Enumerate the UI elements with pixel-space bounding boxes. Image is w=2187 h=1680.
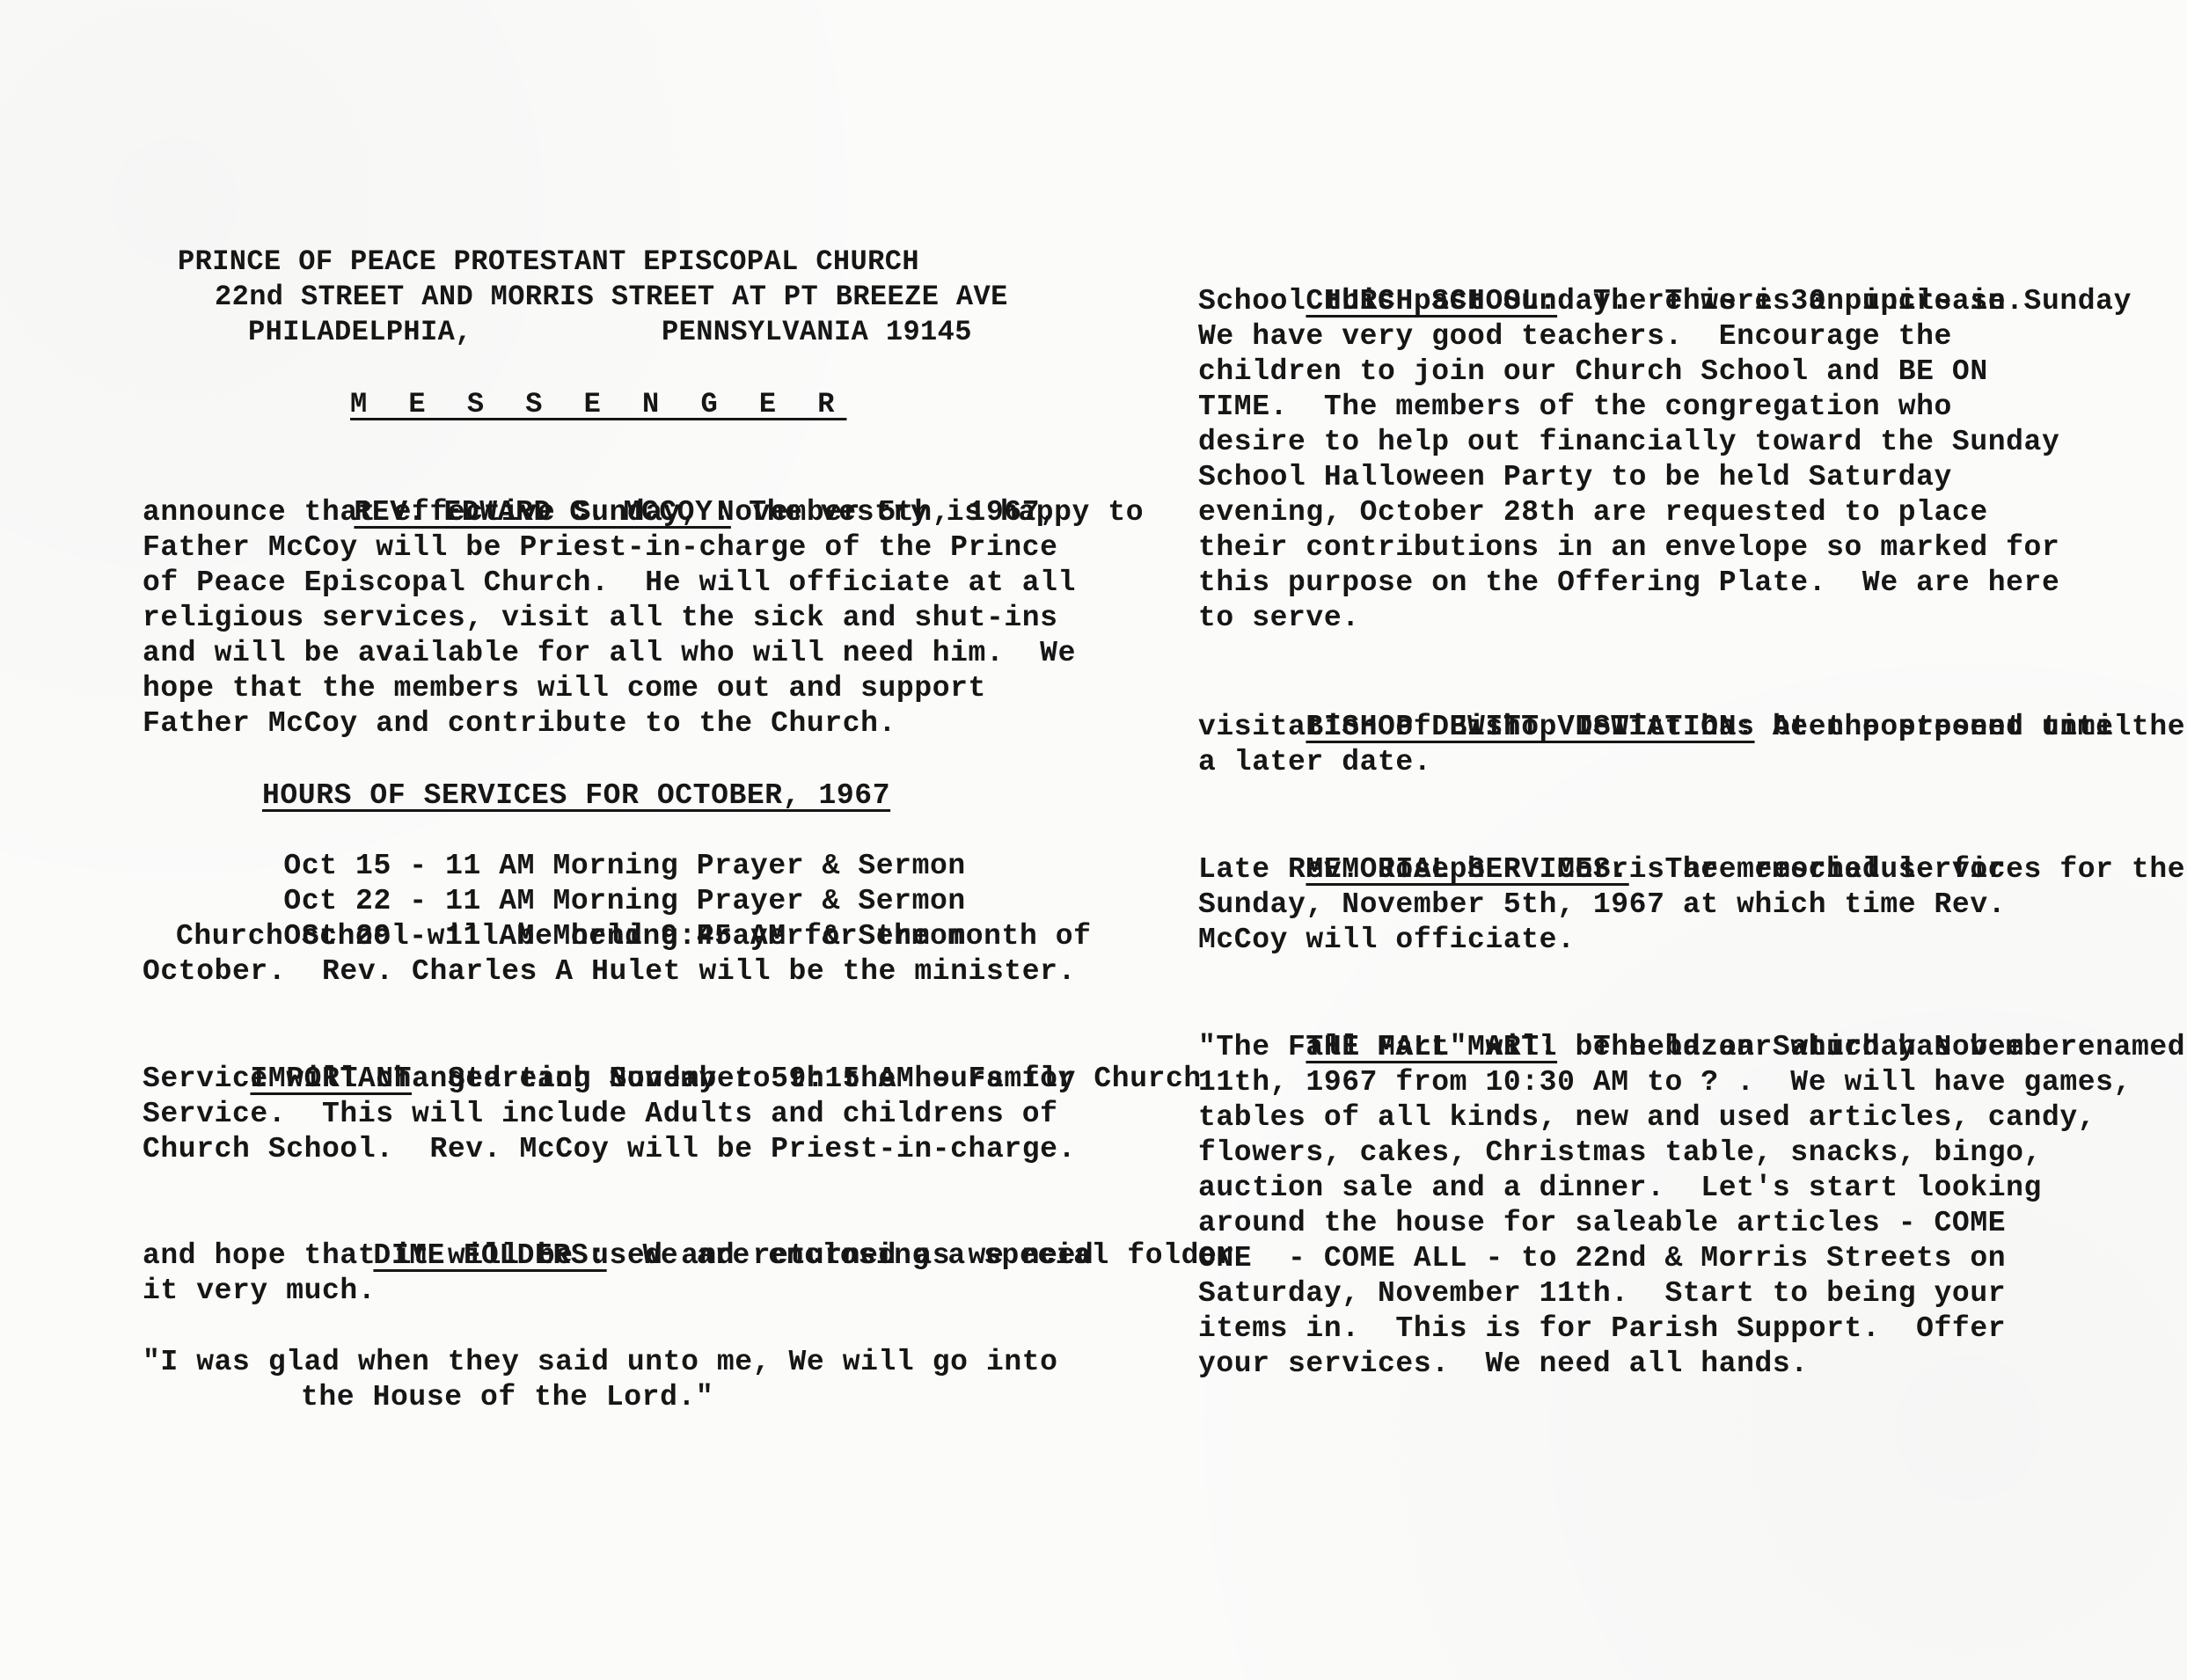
body-line: Late Rev. Joseph P. Morris are reschedul… xyxy=(1198,852,2006,887)
body-line: a later date. xyxy=(1198,745,1431,780)
body-line: 11th, 1967 from 10:30 AM to ? . We will … xyxy=(1198,1065,2132,1100)
newsletter-title: M E S S E N G E R xyxy=(350,387,846,422)
church-state-zip: PENNSYLVANIA 19145 xyxy=(662,315,972,350)
body-line: hope that the members will come out and … xyxy=(143,671,986,706)
body-line: desire to help out financially toward th… xyxy=(1198,425,2059,460)
body-line: School this past Sunday. This is an incr… xyxy=(1198,284,2024,319)
body-line: and hope that it will be used and return… xyxy=(143,1238,1093,1274)
body-line: Church School will be held 9:45 AM for t… xyxy=(176,919,1092,954)
body-line: it very much. xyxy=(143,1274,376,1309)
body-line: your services. We need all hands. xyxy=(1198,1347,1809,1382)
body-line: items in. This is for Parish Support. Of… xyxy=(1198,1311,2006,1347)
body-line: We have very good teachers. Encourage th… xyxy=(1198,319,1952,354)
body-line: Sunday, November 5th, 1967 at which time… xyxy=(1198,887,2006,923)
body-line: to serve. xyxy=(1198,601,1360,636)
body-line: Father McCoy and contribute to the Churc… xyxy=(143,706,896,741)
body-line: and will be available for all who will n… xyxy=(143,636,1076,671)
body-line: of Peace Episcopal Church. He will offic… xyxy=(143,566,1076,601)
body-line: flowers, cakes, Christmas table, snacks,… xyxy=(1198,1136,2042,1171)
body-line: Church School. Rev. McCoy will be Priest… xyxy=(143,1132,1076,1167)
body-line: TIME. The members of the congregation wh… xyxy=(1198,390,1952,425)
body-line: religious services, visit all the sick a… xyxy=(143,601,1058,636)
body-line: their contributions in an envelope so ma… xyxy=(1198,530,2059,566)
church-name: PRINCE OF PEACE PROTESTANT EPISCOPAL CHU… xyxy=(178,245,919,280)
body-line: Service. This will include Adults and ch… xyxy=(143,1097,1058,1132)
body-line: ONE - COME ALL - to 22nd & Morris Street… xyxy=(1198,1241,2006,1276)
body-line: McCoy will officiate. xyxy=(1198,923,1575,958)
church-city: PHILADELPHIA, xyxy=(248,315,472,350)
body-line: October. Rev. Charles A Hulet will be th… xyxy=(143,954,1076,990)
body-line: Father McCoy will be Priest-in-charge of… xyxy=(143,530,1058,566)
body-line: evening, October 28th are requested to p… xyxy=(1198,495,1988,530)
body-line: children to join our Church School and B… xyxy=(1198,354,1988,390)
body-line: around the house for saleable articles -… xyxy=(1198,1206,2006,1241)
body-line: announce that effective Sunday, November… xyxy=(143,495,1058,530)
body-line: "The Fall Mart" will be held on Saturday… xyxy=(1198,1030,2078,1065)
body-line: Service will changed each Sunday to 9:15… xyxy=(143,1062,1076,1097)
quote-line: "I was glad when they said unto me, We w… xyxy=(143,1345,1058,1380)
church-address: 22nd STREET AND MORRIS STREET AT PT BREE… xyxy=(215,280,1008,315)
body-line: this purpose on the Offering Plate. We a… xyxy=(1198,566,2059,601)
body-line: visitation of Bishop DeWitt has been pos… xyxy=(1198,710,2132,745)
body-line: School Halloween Party to be held Saturd… xyxy=(1198,460,1952,495)
section-heading: HOURS OF SERVICES FOR OCTOBER, 1967 xyxy=(262,778,890,814)
quote-line: the House of the Lord." xyxy=(301,1380,713,1415)
body-line: tables of all kinds, new and used articl… xyxy=(1198,1100,2096,1136)
body-line: Saturday, November 11th. Start to being … xyxy=(1198,1276,2006,1311)
body-line: auction sale and a dinner. Let's start l… xyxy=(1198,1171,2042,1206)
